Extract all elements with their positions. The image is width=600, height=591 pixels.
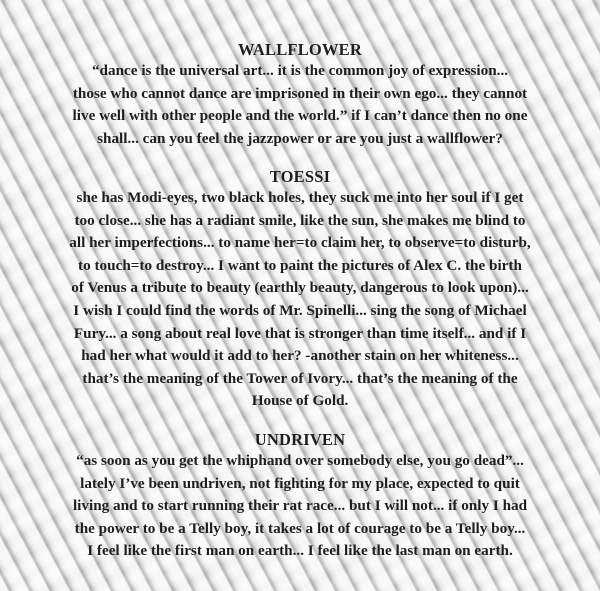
section-toessi: TOESSI she has Modi-eyes, two black hole… bbox=[0, 167, 600, 413]
section-title: WALLFLOWER bbox=[0, 40, 600, 60]
text-line: of Venus a tribute to beauty (earthly be… bbox=[15, 277, 585, 300]
section-body: she has Modi-eyes, two black holes, they… bbox=[15, 187, 585, 413]
text-line: living and to start running their rat ra… bbox=[15, 495, 585, 518]
text-line: that’s the meaning of the Tower of Ivory… bbox=[15, 368, 585, 391]
text-line: live well with other people and the worl… bbox=[15, 105, 585, 128]
section-title: TOESSI bbox=[0, 167, 600, 187]
text-line: shall... can you feel the jazzpower or a… bbox=[15, 128, 585, 151]
section-wallflower: WALLFLOWER “dance is the universal art..… bbox=[0, 40, 600, 150]
text-line: I wish I could find the words of Mr. Spi… bbox=[15, 300, 585, 323]
text-line: those who cannot dance are imprisoned in… bbox=[15, 83, 585, 106]
section-title: UNDRIVEN bbox=[0, 430, 600, 450]
text-line: I feel like the first man on earth... I … bbox=[15, 540, 585, 563]
lyrics-page: WALLFLOWER “dance is the universal art..… bbox=[0, 0, 600, 591]
text-line: “as soon as you get the whiphand over so… bbox=[15, 450, 585, 473]
section-body: “dance is the universal art... it is the… bbox=[15, 60, 585, 150]
text-line: all her imperfections... to name her=to … bbox=[15, 232, 585, 255]
section-undriven: UNDRIVEN “as soon as you get the whiphan… bbox=[0, 430, 600, 563]
text-line: lately I’ve been undriven, not fighting … bbox=[15, 473, 585, 496]
text-line: the power to be a Telly boy, it takes a … bbox=[15, 518, 585, 541]
text-line: she has Modi-eyes, two black holes, they… bbox=[15, 187, 585, 210]
text-line: House of Gold. bbox=[15, 390, 585, 413]
text-line: to touch=to destroy... I want to paint t… bbox=[15, 255, 585, 278]
section-body: “as soon as you get the whiphand over so… bbox=[15, 450, 585, 563]
text-line: too close... she has a radiant smile, li… bbox=[15, 210, 585, 233]
text-line: “dance is the universal art... it is the… bbox=[15, 60, 585, 83]
text-line: Fury... a song about real love that is s… bbox=[15, 323, 585, 346]
text-line: had her what would it add to her? -anoth… bbox=[15, 345, 585, 368]
